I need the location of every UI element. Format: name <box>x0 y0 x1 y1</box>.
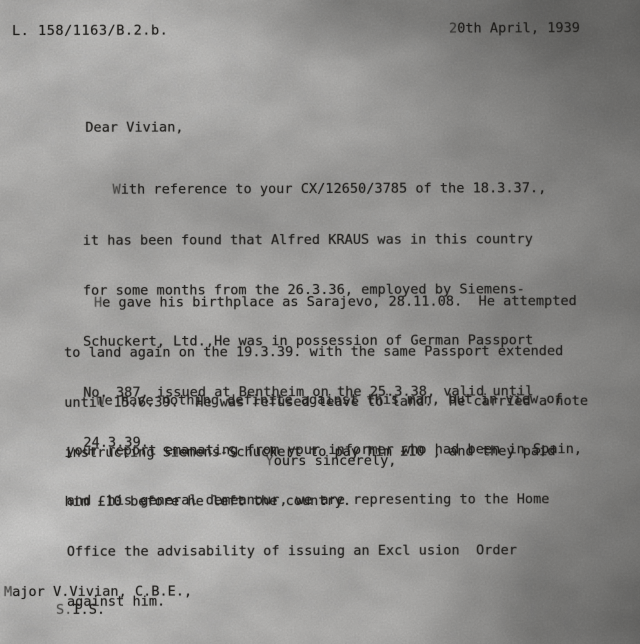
paragraph-line: We have nothing definite against this ma… <box>66 391 582 410</box>
paragraph-line: it has been found that Alfred KRAUS was … <box>83 231 547 250</box>
paragraph-line: and his general demeanour, we are repres… <box>67 491 583 510</box>
paragraph-line: With reference to your CX/12650/3785 of … <box>83 180 547 199</box>
paragraph-line: He gave his birthplace as Sarajevo, 28.1… <box>64 293 588 311</box>
letter-content: L. 158/1163/B.2.b. 20th April, 1939 Dear… <box>0 0 640 644</box>
paragraph-3: We have nothing definite against this ma… <box>66 357 583 644</box>
scanned-letter-page: L. 158/1163/B.2.b. 20th April, 1939 Dear… <box>0 0 640 644</box>
signature-name: Major V.Vivian, C.B.E., <box>4 583 192 600</box>
letter-date: 20th April, 1939 <box>449 20 580 36</box>
signature-org: S.I.S. <box>56 602 105 618</box>
paragraph-line: Office the advisability of issuing an Ex… <box>67 542 583 561</box>
closing-valediction: Yours sincerely, <box>265 453 396 469</box>
file-reference: L. 158/1163/B.2.b. <box>12 23 168 40</box>
salutation: Dear Vivian, <box>85 119 183 135</box>
